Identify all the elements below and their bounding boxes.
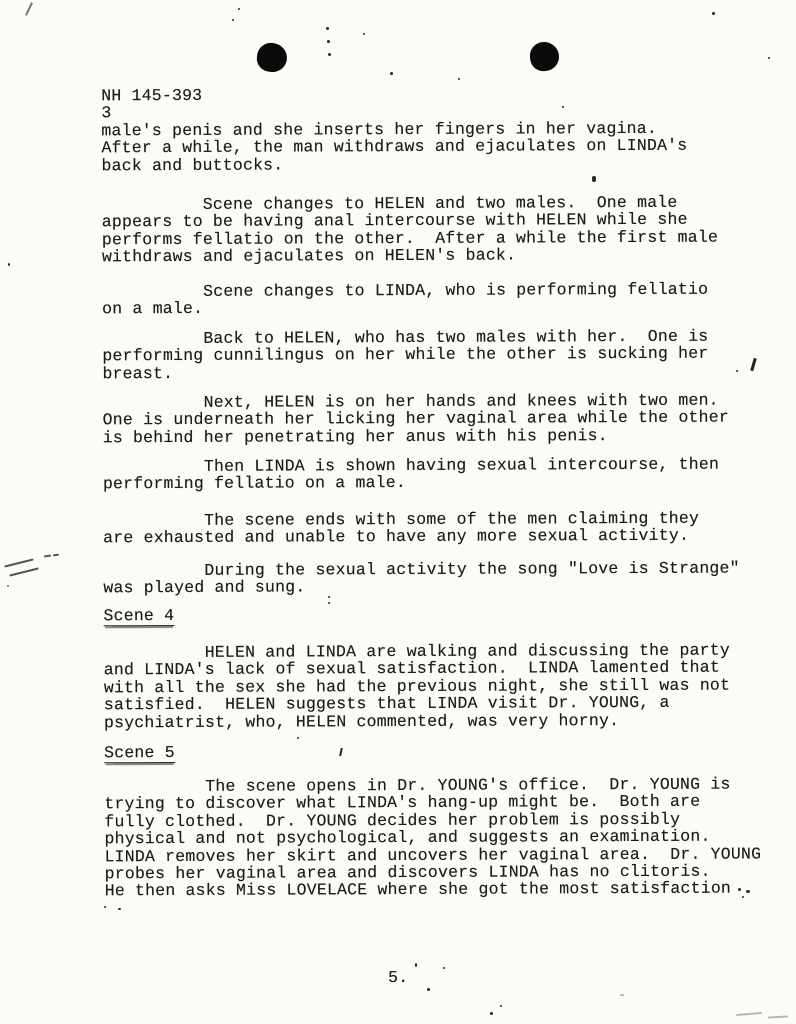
scan-speck <box>458 78 460 80</box>
paragraph: The scene opens in Dr. YOUNG's office. D… <box>104 775 761 900</box>
paragraph: HELEN and LINDA are walking and discussi… <box>104 642 731 732</box>
document-page: NH 145-393 3 male's penis and she insert… <box>0 0 796 1024</box>
scan-speck <box>746 890 750 893</box>
scan-speck <box>328 53 331 56</box>
scan-speck <box>427 988 430 991</box>
paragraph: Scene changes to HELEN and two males. On… <box>102 194 719 266</box>
scan-speck <box>328 602 330 604</box>
scan-speck <box>326 27 329 30</box>
scan-speck <box>562 106 564 108</box>
paragraph: Scene changes to LINDA, who is performin… <box>102 281 708 318</box>
scene-5-heading-text: Scene 5 <box>104 744 175 764</box>
scene-4-heading-text: Scene 4 <box>103 607 174 627</box>
scan-speck <box>8 263 10 266</box>
scan-speck <box>327 40 330 43</box>
scan-speck <box>443 967 445 969</box>
paragraph: Next, HELEN is on her hands and knees wi… <box>103 392 730 447</box>
paragraph: The scene ends with some of the men clai… <box>103 510 699 547</box>
scan-speck <box>238 8 240 10</box>
scan-speck <box>768 57 770 59</box>
scan-speck <box>712 12 715 15</box>
scan-speck <box>232 19 234 21</box>
scan-speck <box>500 1005 502 1007</box>
scan-speck <box>415 963 417 967</box>
scan-speck <box>363 33 365 35</box>
file-number-header: NH 145-393 3 <box>101 87 202 122</box>
scan-speck <box>738 888 741 891</box>
page-number: 5. <box>388 969 408 986</box>
scan-speck <box>390 72 393 75</box>
scan-speck <box>328 596 330 598</box>
scene-5-heading: Scene 5 <box>104 744 175 764</box>
paragraph: During the sexual activity the song "Lov… <box>103 560 740 598</box>
paragraph: male's penis and she inserts her fingers… <box>101 120 687 175</box>
scan-speck <box>490 1012 493 1015</box>
scan-speck <box>742 896 744 898</box>
scan-speck <box>118 908 121 910</box>
scan-speck <box>104 906 106 908</box>
scan-speck <box>592 176 596 182</box>
document-text: NH 145-393 3 male's penis and she insert… <box>0 0 796 1024</box>
pencil-mark <box>7 585 9 587</box>
scan-speck <box>297 737 299 739</box>
scan-speck <box>736 370 738 372</box>
paragraph: Then LINDA is shown having sexual interc… <box>103 456 719 494</box>
paragraph: Back to HELEN, who has two males with he… <box>102 328 708 383</box>
faint-smudge <box>620 994 624 996</box>
scene-4-heading: Scene 4 <box>103 607 174 627</box>
